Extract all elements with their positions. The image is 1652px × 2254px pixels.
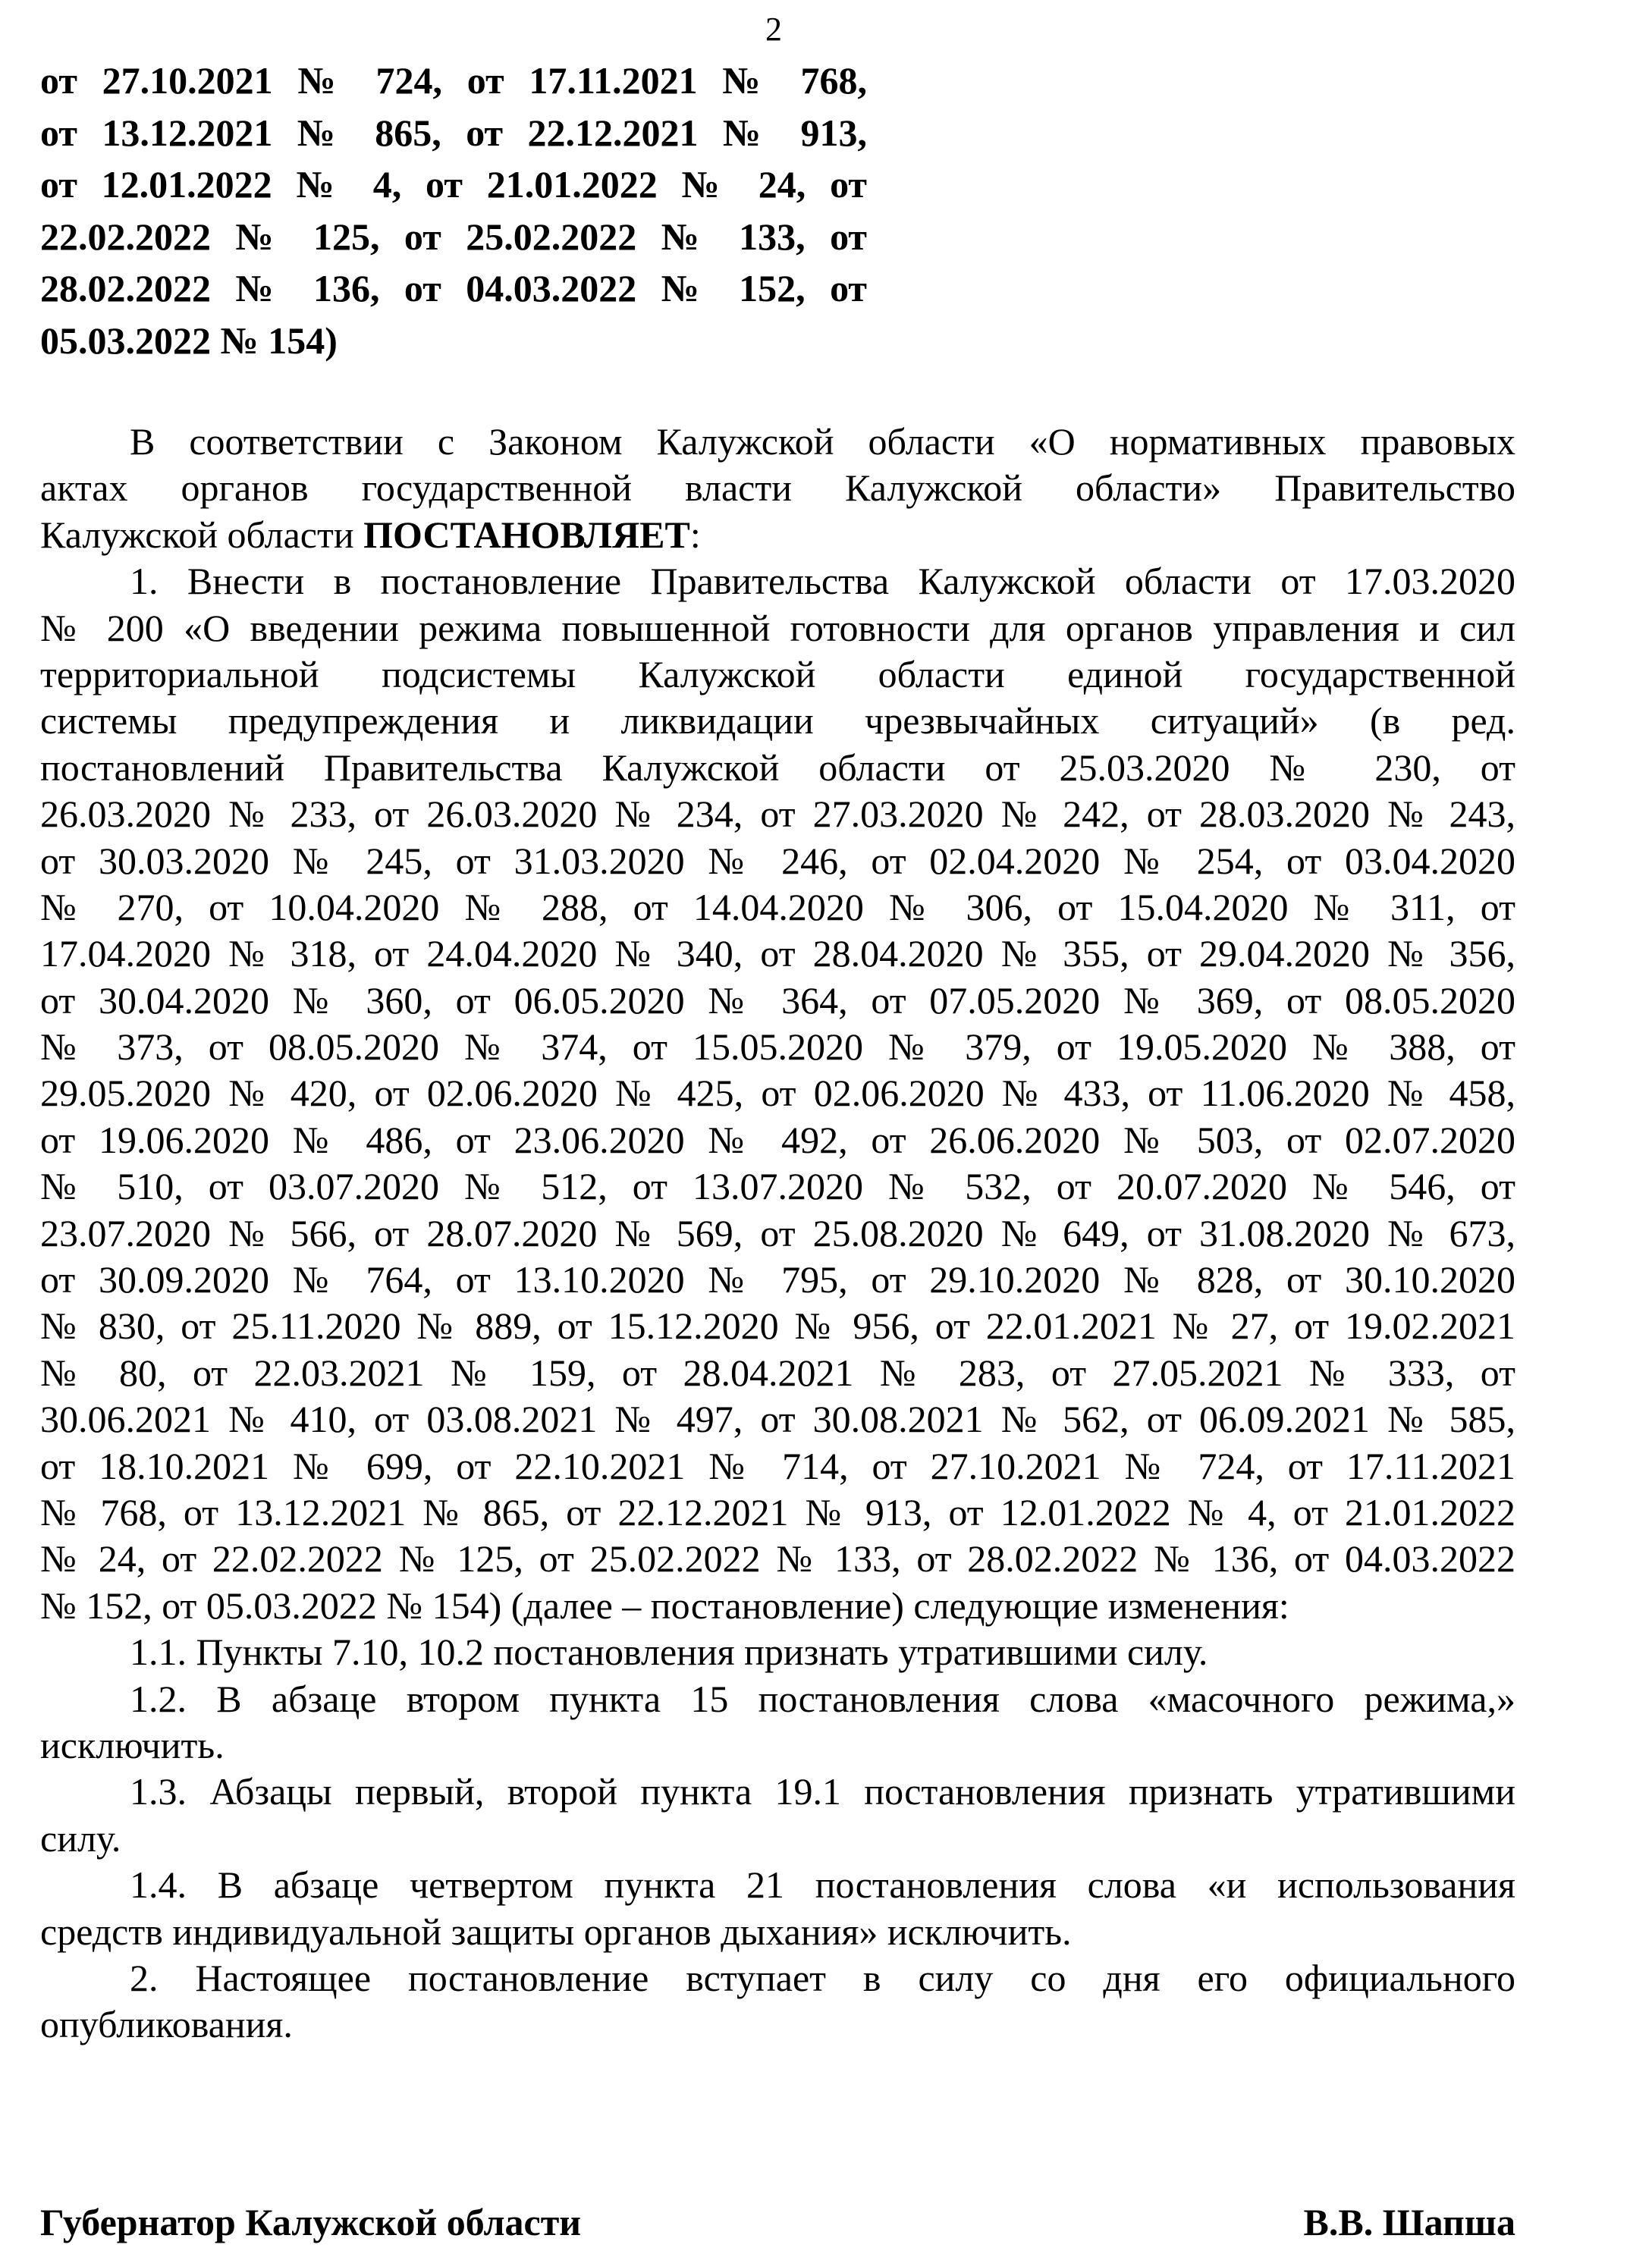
text-line: 17.04.2020 № 318, от 24.04.2020 № 340, о…	[40, 931, 1515, 977]
text-line: 1.1. Пункты 7.10, 10.2 постановления при…	[40, 1629, 1515, 1675]
text-line: 1.2. В абзаце втором пункта 15 постановл…	[40, 1676, 1515, 1722]
signatory-name: В.В. Шапша	[1304, 2199, 1515, 2245]
text-line: № 768, от 13.12.2021 № 865, от 22.12.202…	[40, 1490, 1515, 1536]
text-line: 1.3. Абзацы первый, второй пункта 19.1 п…	[40, 1769, 1515, 1815]
heading-line: 05.03.2022 № 154)	[40, 315, 867, 367]
text-line: № 510, от 03.07.2020 № 512, от 13.07.202…	[40, 1163, 1515, 1210]
text-line: системы предупреждения и ликвидации чрез…	[40, 698, 1515, 744]
text-line: № 152, от 05.03.2022 № 154) (далее – пос…	[40, 1583, 1515, 1629]
signatory-title: Губернатор Калужской области	[40, 2199, 581, 2245]
amendments-list-heading: от 27.10.2021 № 724, от 17.11.2021 № 768…	[40, 55, 867, 366]
text-line: силу.	[40, 1816, 1515, 1862]
text-line: 1. Внести в постановление Правительства …	[40, 558, 1515, 604]
text-line: постановлений Правительства Калужской об…	[40, 745, 1515, 791]
text-line: № 830, от 25.11.2020 № 889, от 15.12.202…	[40, 1303, 1515, 1349]
text-line: от 30.04.2020 № 360, от 06.05.2020 № 364…	[40, 978, 1515, 1024]
text-line: 29.05.2020 № 420, от 02.06.2020 № 425, о…	[40, 1070, 1515, 1116]
text-line: средств индивидуальной защиты органов ды…	[40, 1909, 1515, 1955]
text-line: опубликования.	[40, 2001, 1515, 2048]
text-line: территориальной подсистемы Калужской обл…	[40, 651, 1515, 698]
text-line: от 30.03.2020 № 245, от 31.03.2020 № 246…	[40, 838, 1515, 884]
text-line: Калужской области ПОСТАНОВЛЯЕТ:	[40, 512, 1515, 558]
preamble-text: Калужской области	[40, 513, 363, 556]
text-line: № 24, от 22.02.2022 № 125, от 25.02.2022…	[40, 1536, 1515, 1582]
heading-line: от 27.10.2021 № 724, от 17.11.2021 № 768…	[40, 55, 867, 107]
signature-block: Губернатор Калужской области В.В. Шапша	[40, 2199, 1515, 2245]
text-line: № 80, от 22.03.2021 № 159, от 28.04.2021…	[40, 1350, 1515, 1396]
text-line: 2. Настоящее постановление вступает в си…	[40, 1955, 1515, 2001]
resolves-keyword: ПОСТАНОВЛЯЕТ	[363, 513, 690, 556]
heading-line: от 13.12.2021 № 865, от 22.12.2021 № 913…	[40, 107, 867, 159]
text-line: № 200 «О введении режима повышенной гото…	[40, 605, 1515, 651]
item-2-paragraph: 2. Настоящее постановление вступает в си…	[40, 1955, 1515, 2048]
text-line: 30.06.2021 № 410, от 03.08.2021 № 497, о…	[40, 1396, 1515, 1442]
text-line: № 270, от 10.04.2020 № 288, от 14.04.202…	[40, 884, 1515, 931]
subitem-1-4: 1.4. В абзаце четвертом пункта 21 постан…	[40, 1862, 1515, 1955]
heading-line: 22.02.2022 № 125, от 25.02.2022 № 133, о…	[40, 211, 867, 263]
text-line: 1.4. В абзаце четвертом пункта 21 постан…	[40, 1862, 1515, 1908]
heading-line: от 12.01.2022 № 4, от 21.01.2022 № 24, о…	[40, 159, 867, 211]
text-line: исключить.	[40, 1722, 1515, 1769]
page-number: 2	[0, 11, 1547, 49]
heading-line: 28.02.2022 № 136, от 04.03.2022 № 152, о…	[40, 262, 867, 315]
document-body: В соответствии с Законом Калужской облас…	[40, 419, 1515, 2048]
text-line: от 18.10.2021 № 699, от 22.10.2021 № 714…	[40, 1443, 1515, 1490]
text-line: 23.07.2020 № 566, от 28.07.2020 № 569, о…	[40, 1210, 1515, 1257]
text-line: 26.03.2020 № 233, от 26.03.2020 № 234, о…	[40, 791, 1515, 837]
item-1-paragraph: 1. Внести в постановление Правительства …	[40, 558, 1515, 1629]
preamble-paragraph: В соответствии с Законом Калужской облас…	[40, 419, 1515, 558]
colon: :	[690, 513, 701, 556]
text-line: В соответствии с Законом Калужской облас…	[40, 419, 1515, 465]
text-line: от 30.09.2020 № 764, от 13.10.2020 № 795…	[40, 1257, 1515, 1303]
text-line: № 373, от 08.05.2020 № 374, от 15.05.202…	[40, 1024, 1515, 1070]
text-line: актах органов государственной власти Кал…	[40, 465, 1515, 511]
subitem-1-2: 1.2. В абзаце втором пункта 15 постановл…	[40, 1676, 1515, 1769]
text-line: от 19.06.2020 № 486, от 23.06.2020 № 492…	[40, 1117, 1515, 1163]
subitem-1-1: 1.1. Пункты 7.10, 10.2 постановления при…	[40, 1629, 1515, 1675]
subitem-1-3: 1.3. Абзацы первый, второй пункта 19.1 п…	[40, 1769, 1515, 1862]
